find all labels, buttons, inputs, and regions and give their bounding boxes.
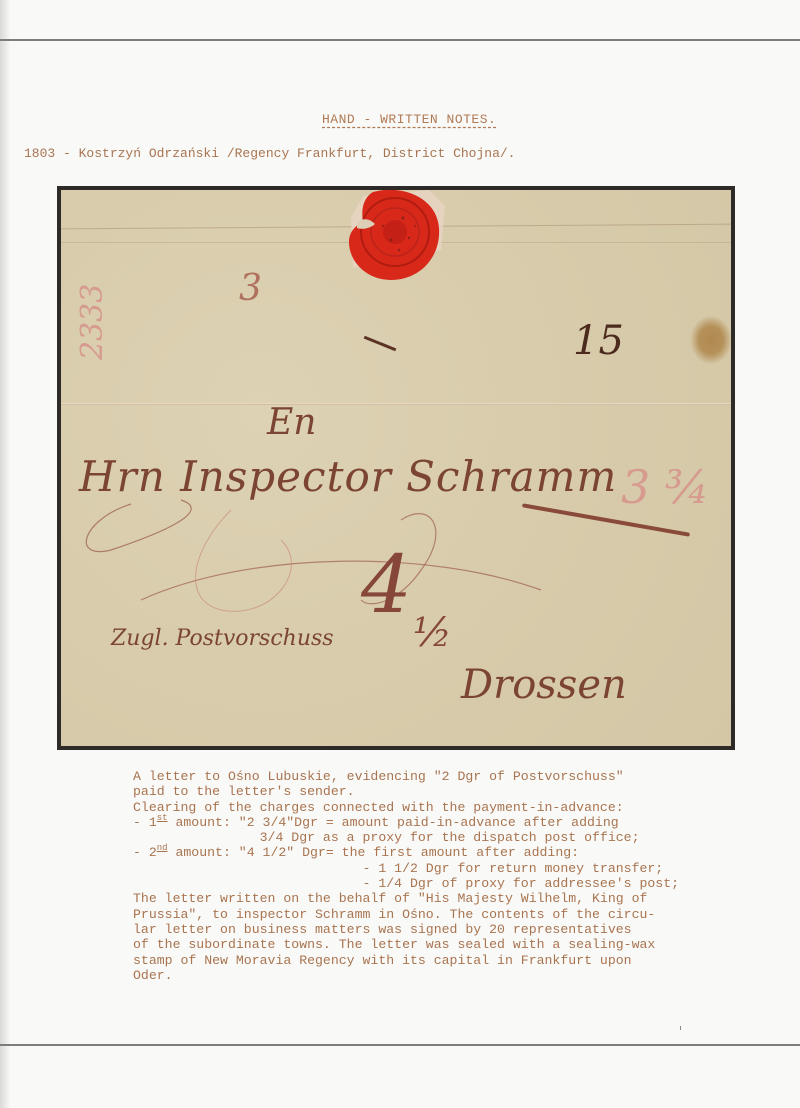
caption-line: Oder. <box>133 968 733 983</box>
caption-line: 3/4 Dgr as a proxy for the dispatch post… <box>133 830 733 845</box>
caption-line: The letter written on the behalf of "His… <box>133 891 733 906</box>
caption-line: - 1/4 Dgr of proxy for addressee's post; <box>133 876 733 891</box>
red-marks-right: 3 ¾ <box>621 460 709 514</box>
caption-line: lar letter on business matters was signe… <box>133 922 733 937</box>
caption-line: A letter to Ośno Lubuskie, evidencing "2… <box>133 769 733 784</box>
fold-line <box>61 403 731 405</box>
letter-description: A letter to Ośno Lubuskie, evidencing "2… <box>133 769 733 983</box>
binder-edge <box>0 0 10 1108</box>
caption-line-second-amount: - 2nd amount: "4 1/2" Dgr= the first amo… <box>133 845 733 860</box>
speck <box>680 1026 681 1030</box>
note-bottom-left: Zugl. Postvorschuss <box>111 626 334 651</box>
caption-line: paid to the letter's sender. <box>133 784 733 799</box>
caption-line: stamp of New Moravia Regency with its ca… <box>133 953 733 968</box>
caption-line-first-amount: - 1st amount: "2 3/4"Dgr = amount paid-i… <box>133 815 733 830</box>
postage-fraction: ½ <box>413 610 452 656</box>
salutation: En <box>267 402 316 443</box>
top-rule <box>0 39 800 41</box>
reference-number: 2333 <box>75 284 110 360</box>
dash-mark <box>364 336 397 352</box>
page-subtitle: 1803 - Kostrzyń Odrzański /Regency Frank… <box>24 146 515 161</box>
destination: Drossen <box>461 662 627 708</box>
postage-large: 4 <box>361 538 412 631</box>
bottom-rule <box>0 1044 800 1046</box>
caption-line: Prussia", to inspector Schramm in Ośno. … <box>133 907 733 922</box>
caption-line: of the subordinate towns. The letter was… <box>133 937 733 952</box>
flourish-loops <box>71 490 611 630</box>
red-mark-top: 3 <box>239 268 262 309</box>
caption-line: - 1 1/2 Dgr for return money transfer; <box>133 861 733 876</box>
page-heading: HAND - WRITTEN NOTES. <box>322 112 496 127</box>
caption-line: Clearing of the charges connected with t… <box>133 800 733 815</box>
letter-image: 2333 3 15 En Hrn Inspector Schramm 4 ½ 3… <box>61 190 731 746</box>
rate-mark-top: 15 <box>573 318 624 364</box>
wax-seal-icon <box>333 190 451 288</box>
